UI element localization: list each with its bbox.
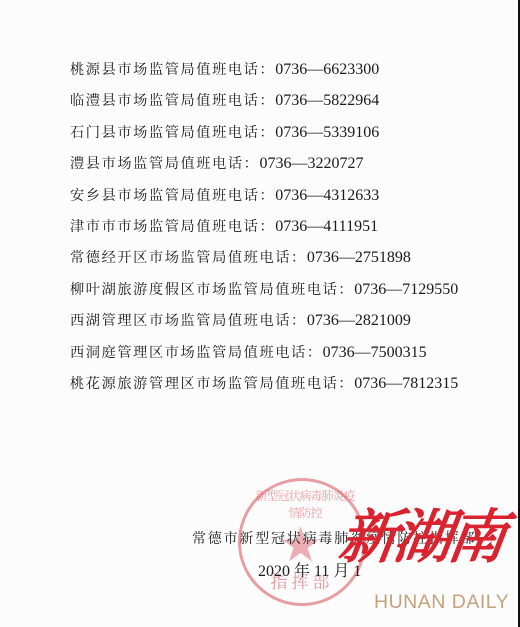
watermark-logo-english: HUNAN DAILY <box>374 591 509 614</box>
hotline-item: 临澧县市场监管局值班电话：0736—5822964 <box>70 89 458 120</box>
hotline-label: 安乡县市场监管局值班电话： <box>70 188 275 204</box>
hotline-phone: 0736—4312633 <box>275 187 379 204</box>
hotline-item: 澧县市场监管局值班电话：0736—3220727 <box>70 152 458 183</box>
hunan-daily-watermark: 新湖南 HUNAN DAILY <box>340 508 502 566</box>
hotline-label: 柳叶湖旅游度假区市场监管局值班电话： <box>70 282 354 298</box>
hotline-label: 临澧县市场监管局值班电话： <box>70 93 275 109</box>
hotline-label: 桃源县市场监管局值班电话： <box>70 62 275 78</box>
hotline-phone: 0736—5822964 <box>275 92 379 109</box>
hotline-label: 石门县市场监管局值班电话： <box>70 125 275 141</box>
hotline-list: 桃源县市场监管局值班电话：0736—6623300 临澧县市场监管局值班电话：0… <box>70 58 458 403</box>
hotline-label: 西湖管理区市场监管局值班电话： <box>70 313 307 329</box>
hotline-phone: 0736—4111951 <box>275 218 378 235</box>
hotline-label: 澧县市场监管局值班电话： <box>70 156 259 172</box>
hotline-item: 桃花源旅游管理区市场监管局值班电话：0736—7812315 <box>70 372 458 403</box>
hotline-item: 安乡县市场监管局值班电话：0736—4312633 <box>70 184 458 215</box>
hotline-label: 常德经开区市场监管局值班电话： <box>70 250 307 266</box>
hotline-item: 西洞庭管理区市场监管局值班电话：0736—7500315 <box>70 341 458 372</box>
hotline-phone: 0736—6623300 <box>275 61 379 78</box>
hotline-phone: 0736—7129550 <box>354 281 458 298</box>
hotline-phone: 0736—2751898 <box>307 249 411 266</box>
hotline-label: 桃花源旅游管理区市场监管局值班电话： <box>70 376 354 392</box>
hotline-label: 西洞庭管理区市场监管局值班电话： <box>70 345 323 361</box>
hotline-phone: 0736—3220727 <box>259 155 363 172</box>
hotline-phone: 0736—7500315 <box>323 344 427 361</box>
hotline-item: 石门县市场监管局值班电话：0736—5339106 <box>70 121 458 152</box>
hotline-phone: 0736—7812315 <box>354 375 458 392</box>
hotline-phone: 0736—5339106 <box>275 124 379 141</box>
hotline-label: 津市市市场监管局值班电话： <box>70 219 275 235</box>
hotline-item: 常德经开区市场监管局值班电话：0736—2751898 <box>70 246 458 277</box>
hotline-item: 津市市市场监管局值班电话：0736—4111951 <box>70 215 458 246</box>
hotline-item: 西湖管理区市场监管局值班电话：0736—2821009 <box>70 309 458 340</box>
hotline-phone: 0736—2821009 <box>307 312 411 329</box>
hotline-item: 桃源县市场监管局值班电话：0736—6623300 <box>70 58 458 89</box>
watermark-logo-chinese: 新湖南 <box>336 508 506 566</box>
hotline-item: 柳叶湖旅游度假区市场监管局值班电话：0736—7129550 <box>70 278 458 309</box>
